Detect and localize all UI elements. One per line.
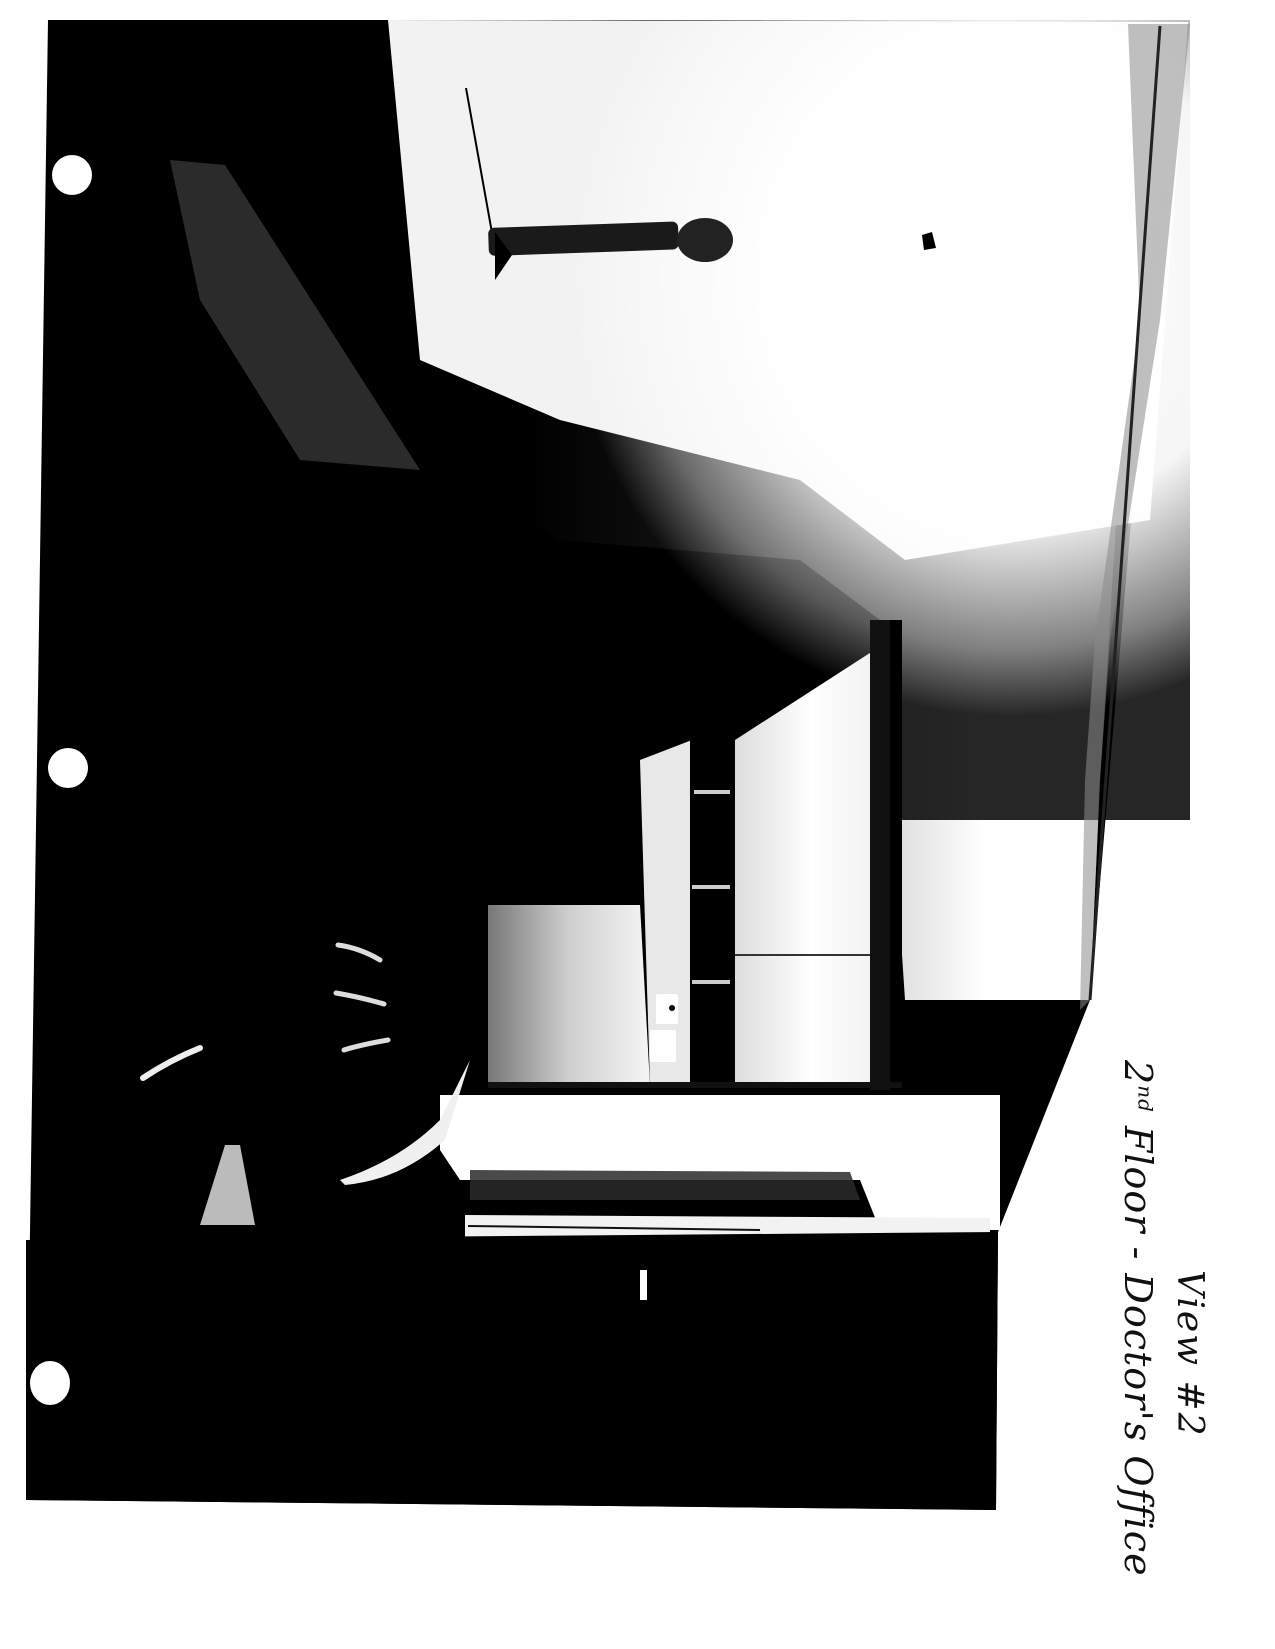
hole-punch-top xyxy=(52,155,92,195)
photo-body xyxy=(26,20,1190,1510)
caption-floor-suffix: nd xyxy=(1134,1085,1158,1113)
caption-line-2: View #2 xyxy=(1169,1270,1210,1438)
hole-punch-bottom xyxy=(30,1361,70,1405)
hole-punch-middle xyxy=(48,748,88,788)
caption-location: Floor - Doctor's Office xyxy=(1116,1113,1160,1577)
door xyxy=(26,1232,998,1510)
scanned-page: 2nd Floor - Doctor's Office View #2 xyxy=(0,0,1275,1649)
caption-line-1: 2nd Floor - Doctor's Office xyxy=(1116,1060,1160,1577)
caption-floor-number: 2 xyxy=(1116,1060,1160,1085)
handwritten-caption: 2nd Floor - Doctor's Office View #2 xyxy=(1080,1060,1220,1580)
